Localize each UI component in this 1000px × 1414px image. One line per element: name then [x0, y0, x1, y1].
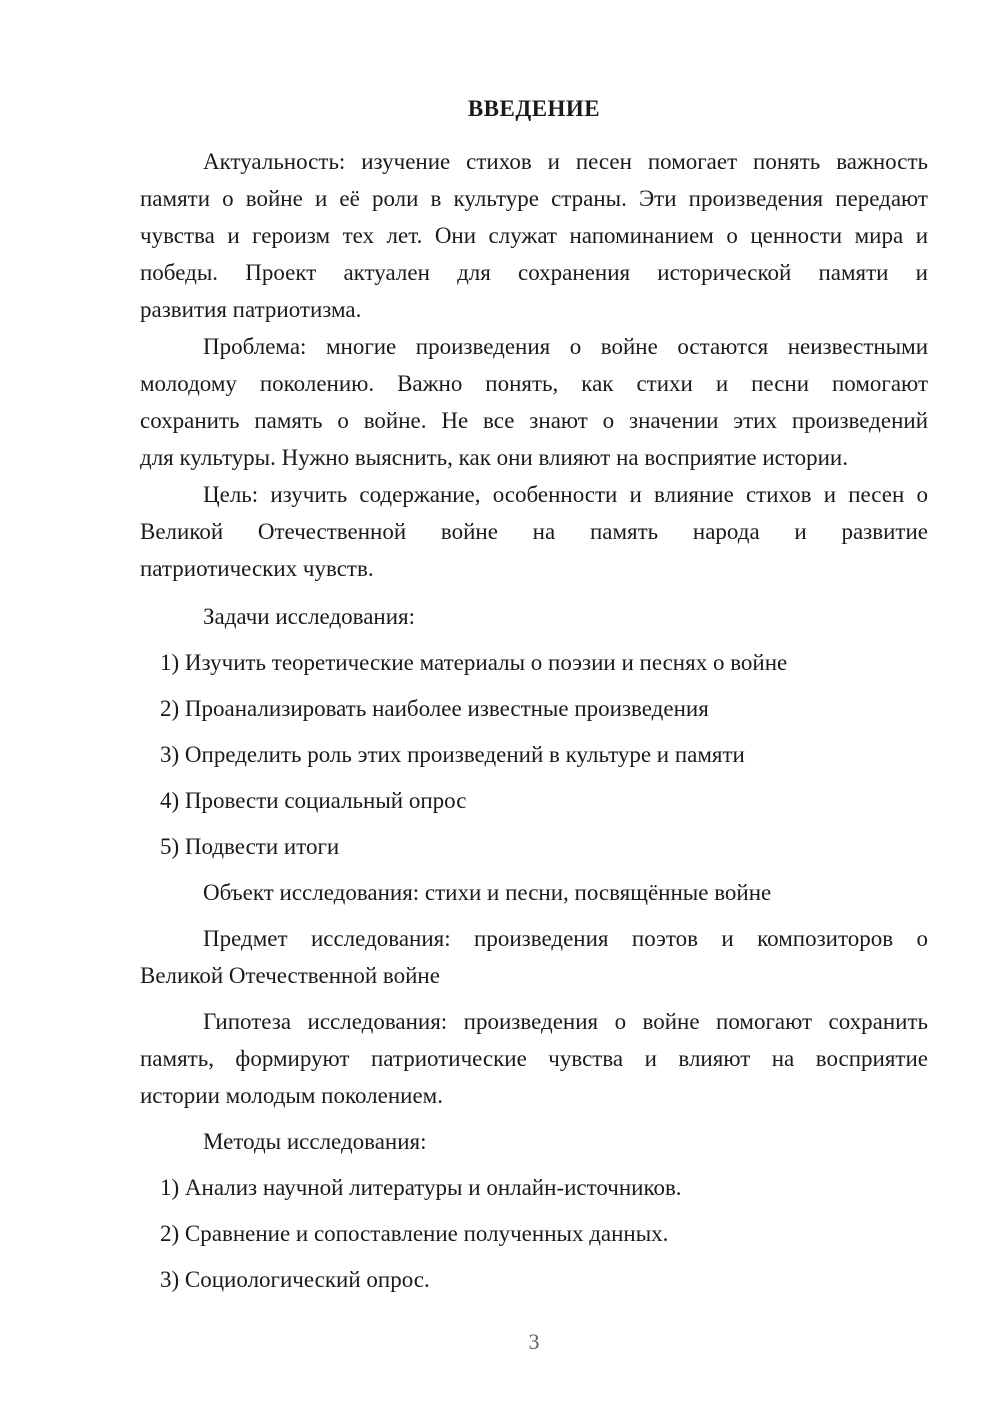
text-line: сохранить память о войне. Не все знают о…: [140, 402, 928, 439]
methods-heading: Методы исследования:: [140, 1123, 928, 1160]
page-content: ВВЕДЕНИЕ Актуальность: изучение стихов и…: [140, 90, 928, 1360]
text-line: Цель: изучить содержание, особенности и …: [140, 476, 928, 513]
paragraph-object: Объект исследования: стихи и песни, посв…: [140, 874, 928, 911]
text-line: Задачи исследования:: [140, 598, 928, 635]
task-item-4: 4) Провести социальный опрос: [140, 782, 928, 819]
paragraph-goal: Цель: изучить содержание, особенности и …: [140, 476, 928, 587]
task-item-3: 3) Определить роль этих произведений в к…: [140, 736, 928, 773]
task-item-1: 1) Изучить теоретические материалы о поэ…: [140, 644, 928, 681]
method-item-2: 2) Сравнение и сопоставление полученных …: [140, 1215, 928, 1252]
method-item-1: 1) Анализ научной литературы и онлайн-ис…: [140, 1169, 928, 1206]
method-item-3: 3) Социологический опрос.: [140, 1261, 928, 1298]
text-line: Методы исследования:: [140, 1123, 928, 1160]
paragraph-problem: Проблема: многие произведения о войне ос…: [140, 328, 928, 476]
text-line: Великой Отечественной войне: [140, 957, 928, 994]
text-line: память, формируют патриотические чувства…: [140, 1040, 928, 1077]
paragraph-subject: Предмет исследования: произведения поэто…: [140, 920, 928, 994]
text-line: истории молодым поколением.: [140, 1077, 928, 1114]
tasks-heading: Задачи исследования:: [140, 598, 928, 635]
task-item-2: 2) Проанализировать наиболее известные п…: [140, 690, 928, 727]
text-line: победы. Проект актуален для сохранения и…: [140, 254, 928, 291]
text-line: Гипотеза исследования: произведения о во…: [140, 1003, 928, 1040]
text-line: для культуры. Нужно выяснить, как они вл…: [140, 439, 928, 476]
document-page: ВВЕДЕНИЕ Актуальность: изучение стихов и…: [0, 0, 1000, 1414]
paragraph-hypothesis: Гипотеза исследования: произведения о во…: [140, 1003, 928, 1114]
task-item-5: 5) Подвести итоги: [140, 828, 928, 865]
text-line: Актуальность: изучение стихов и песен по…: [140, 143, 928, 180]
text-line: Предмет исследования: произведения поэто…: [140, 920, 928, 957]
text-line: развития патриотизма.: [140, 291, 928, 328]
text-line: Проблема: многие произведения о войне ос…: [140, 328, 928, 365]
paragraph-relevance: Актуальность: изучение стихов и песен по…: [140, 143, 928, 328]
text-line: патриотических чувств.: [140, 550, 928, 587]
page-title: ВВЕДЕНИЕ: [140, 90, 928, 127]
text-line: Объект исследования: стихи и песни, посв…: [140, 874, 928, 911]
text-line: Великой Отечественной войне на память на…: [140, 513, 928, 550]
page-number: 3: [140, 1323, 928, 1360]
text-line: чувства и героизм тех лет. Они служат на…: [140, 217, 928, 254]
text-line: молодому поколению. Важно понять, как ст…: [140, 365, 928, 402]
text-line: памяти о войне и её роли в культуре стра…: [140, 180, 928, 217]
